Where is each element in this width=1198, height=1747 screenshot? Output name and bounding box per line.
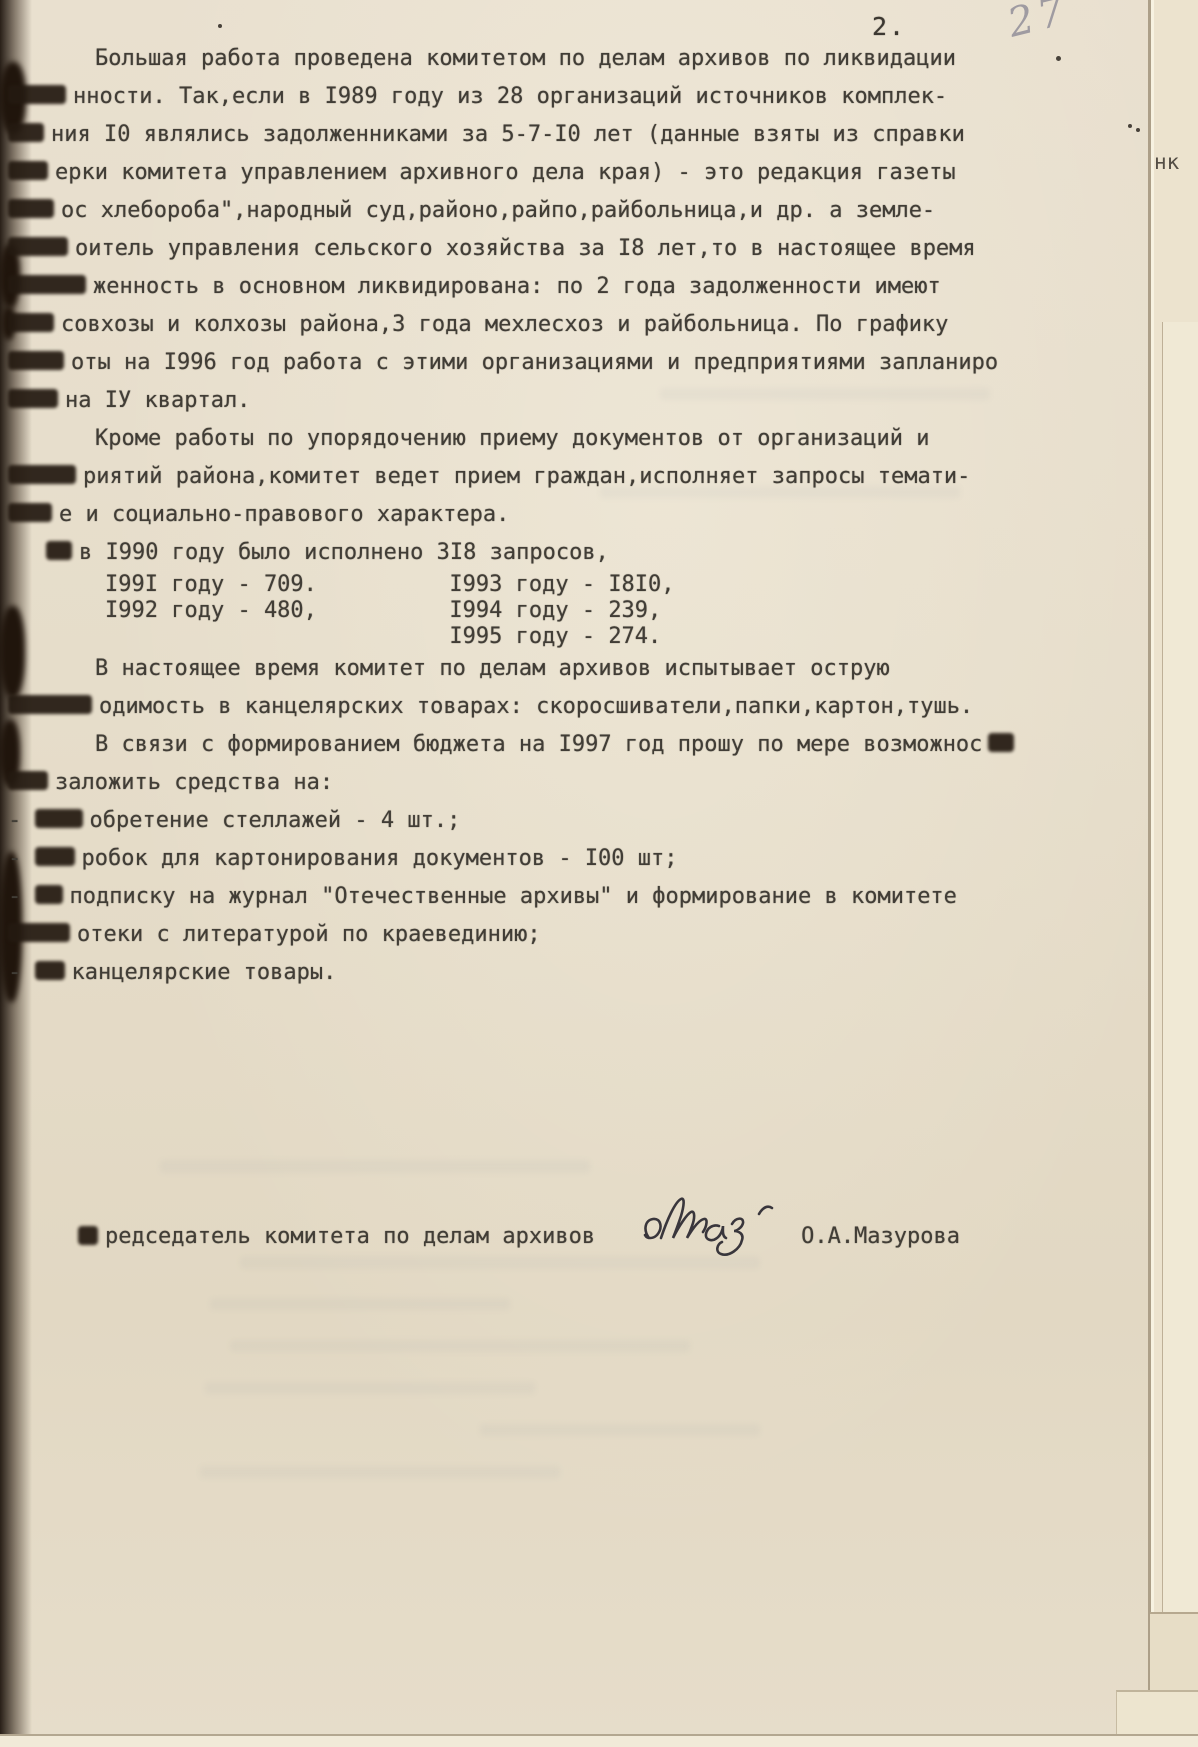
text-line: I99I году - 709. I993 году - I8I0, [105, 572, 1150, 598]
text-line: - канцелярские товары. [8, 954, 1150, 992]
text-line: ерки комитета управлением архивного дела… [8, 154, 1150, 192]
text-line: совхозы и колхозы района,3 года мехлесхо… [8, 306, 1150, 344]
ink-smudge [8, 923, 70, 942]
text-line: ния I0 являлись задолженниками за 5-7-I0… [8, 116, 1150, 154]
text-line: е и социально-правового характера. [8, 496, 1150, 534]
document-lines: Большая работа проведена комитетом по де… [0, 40, 1150, 992]
ink-smudge [8, 85, 66, 104]
text-line: отеки с литературой по краевединию; [8, 916, 1150, 954]
ink-smudge [8, 161, 48, 180]
text-line: Кроме работы по упорядочению приему доку… [95, 420, 1150, 458]
ink-smudge [8, 123, 44, 142]
ink-smudge [78, 1226, 98, 1245]
neighbor-sheet-text-fragment: нк [1154, 150, 1198, 174]
typed-page-number: 2. [872, 12, 906, 41]
text-line: I995 году - 274. [105, 624, 1150, 650]
text-line: В настоящее время комитет по делам архив… [95, 650, 1150, 688]
scanned-document-page: 2. 27 нк Большая работа проведена комите… [0, 0, 1198, 1747]
text-line: - подписку на журнал "Отечественные архи… [8, 878, 1150, 916]
ink-smudge [35, 809, 83, 828]
ink-smudge [8, 313, 54, 332]
text-line: заложить средства на: [8, 764, 1150, 802]
ink-smudge [35, 961, 65, 980]
text-line: I992 году - 480, I994 году - 239, [105, 598, 1150, 624]
ink-smudge [8, 275, 86, 294]
bleed-through [200, 1466, 560, 1478]
text-line: на IУ квартал. [8, 382, 1150, 420]
text-line: - обретение стеллажей - 4 шт.; [8, 802, 1150, 840]
ink-smudge [8, 389, 58, 408]
sheet-edge [1162, 322, 1198, 1670]
text-line: В связи с формированием бюджета на I997 … [95, 726, 1150, 764]
sheet-edge [1116, 1690, 1198, 1738]
sheet-edge [0, 1734, 1198, 1747]
text-line: нности. Так,если в I989 году из 28 орган… [8, 78, 1150, 116]
bleed-through [210, 1298, 510, 1310]
ink-smudge [8, 771, 48, 790]
ink-smudge [8, 351, 64, 370]
ink-smudge [35, 885, 63, 904]
signature-title: редседатель комитета по делам архивов [105, 1224, 595, 1249]
ink-smudge [8, 695, 92, 714]
ink-smudge [8, 199, 54, 218]
signature-block: редседатель комитета по делам архивов О.… [78, 1196, 960, 1276]
ink-smudge [35, 847, 75, 866]
text-line: оитель управления сельского хозяйства за… [8, 230, 1150, 268]
text-line: Большая работа проведена комитетом по де… [95, 40, 1150, 78]
signature-handwriting [635, 1186, 785, 1266]
bleed-through [205, 1382, 535, 1394]
ink-smudge [8, 465, 76, 484]
signature-name: О.А.Мазурова [801, 1224, 960, 1249]
bleed-through [160, 1160, 590, 1173]
text-line: оты на I996 год работа с этими организац… [8, 344, 1150, 382]
ink-smudge [8, 503, 52, 522]
text-line: одимость в канцелярских товарах: скоросш… [8, 688, 1150, 726]
sheet-edge [1150, 1612, 1198, 1694]
bleed-through [480, 1424, 760, 1436]
dust-speck [218, 24, 222, 28]
ink-smudge [46, 541, 72, 560]
text-line: в I990 году было исполнено 3I8 запросов, [46, 534, 1150, 572]
ink-smudge [988, 733, 1014, 752]
text-line: риятий района,комитет ведет прием гражда… [8, 458, 1150, 496]
bleed-through [230, 1340, 690, 1352]
text-line: женность в основном ликвидирована: по 2 … [8, 268, 1150, 306]
text-line: ос хлебороба",народный суд,районо,райпо,… [8, 192, 1150, 230]
text-line: - робок для картонирования документов - … [8, 840, 1150, 878]
ink-smudge [8, 237, 68, 256]
